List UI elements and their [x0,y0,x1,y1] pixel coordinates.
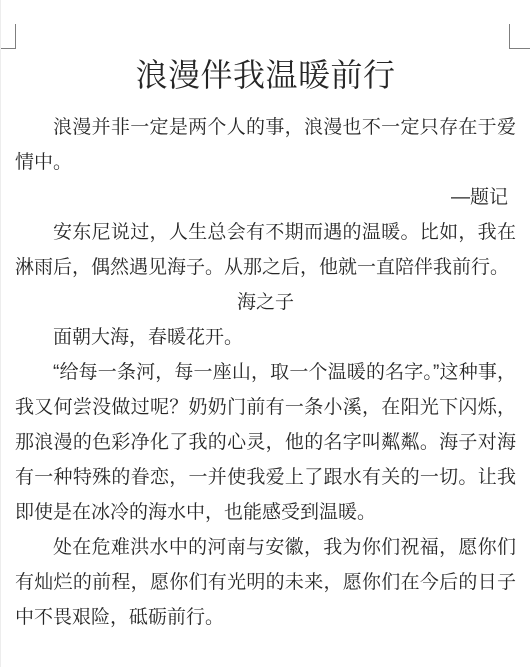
document-title: 浪漫伴我温暖前行 [1,54,530,96]
epigraph-attribution: —题记 [1,180,530,215]
document-page: 浪漫伴我温暖前行 浪漫并非一定是两个人的事，浪漫也不一定只存在于爱情中。 —题记… [0,0,530,667]
paragraph-stream-story: “给每一条河，每一座山，取一个温暖的名字。”这种事，我又何尝没做过呢？奶奶门前有… [1,355,530,530]
section-heading: 海之子 [1,285,530,320]
paragraph-intro: 安东尼说过，人生总会有不期而遇的温暖。比如，我在淋雨后，偶然遇见海子。从那之后，… [1,215,530,285]
margin-corner-mark-top-left [1,24,16,49]
paragraph-blessing: 处在危难洪水中的河南与安徽，我为你们祝福，愿你们有灿烂的前程，愿你们有光明的未来… [1,530,530,635]
paragraph-sea-quote: 面朝大海，春暖花开。 [1,320,530,355]
paragraph-epigraph: 浪漫并非一定是两个人的事，浪漫也不一定只存在于爱情中。 [1,110,530,180]
margin-corner-mark-top-right [509,24,530,49]
